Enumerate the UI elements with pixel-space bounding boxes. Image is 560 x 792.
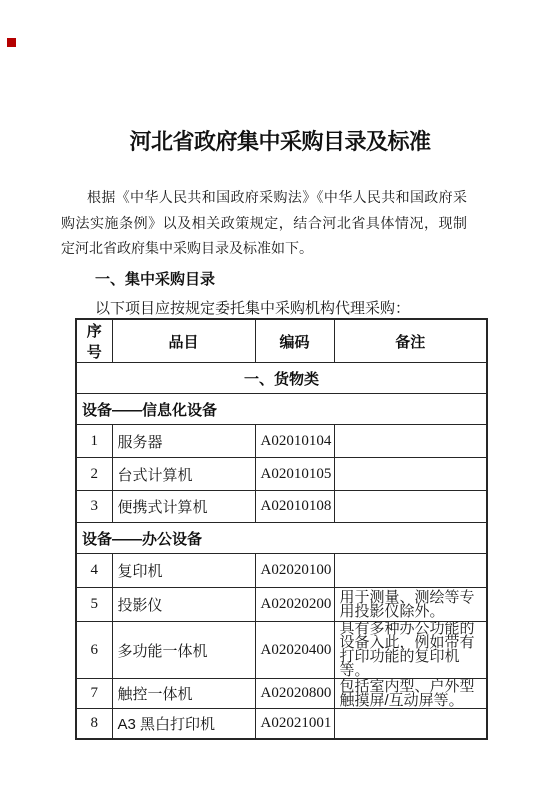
table-row: 3 便携式计算机 A02010108	[76, 491, 487, 523]
section-label: 设备——信息化设备	[76, 394, 487, 425]
section-heading: 一、集中采购目录	[95, 268, 215, 289]
document-title: 河北省政府集中采购目录及标准	[0, 125, 560, 156]
cell-no: 5	[76, 588, 112, 622]
table-row: 2 台式计算机 A02010105	[76, 458, 487, 491]
category-row: 一、货物类	[76, 363, 487, 394]
cell-no: 8	[76, 709, 112, 739]
table-header-row: 序号 品目 编码 备注	[76, 319, 487, 363]
red-marker-icon	[7, 38, 16, 47]
paragraph-line-3: 定河北省政府集中采购目录及标准如下。	[61, 236, 467, 262]
cell-code: A02021001	[255, 709, 334, 739]
cell-note	[334, 491, 487, 523]
cell-code: A02010105	[255, 458, 334, 491]
table-row: 1 服务器 A02010104	[76, 425, 487, 458]
cell-note	[334, 425, 487, 458]
document-page: 河北省政府集中采购目录及标准 根据《中华人民共和国政府采购法》《中华人民共和国政…	[0, 0, 560, 792]
table-row: 6 多功能一体机 A02020400 具有多种办公功能的设备入此，例如带有打印功…	[76, 622, 487, 679]
cell-item: 便携式计算机	[112, 491, 255, 523]
cell-no: 6	[76, 622, 112, 679]
cell-item: 台式计算机	[112, 458, 255, 491]
table-row: 8 A3 黑白打印机 A02021001	[76, 709, 487, 739]
section-label: 设备——办公设备	[76, 523, 487, 554]
cell-note: 包括室内型、户外型触摸屏/互动屏等。	[334, 679, 487, 709]
table-row: 5 投影仪 A02020200 用于测量、测绘等专用投影仪除外。	[76, 588, 487, 622]
cell-no: 4	[76, 554, 112, 588]
cell-code: A02020100	[255, 554, 334, 588]
cell-code: A02010104	[255, 425, 334, 458]
cell-no: 3	[76, 491, 112, 523]
intro-paragraph: 根据《中华人民共和国政府采购法》《中华人民共和国政府采 购法实施条例》以及相关政…	[61, 185, 467, 262]
cell-note	[334, 709, 487, 739]
cell-note	[334, 554, 487, 588]
paragraph-line-2: 购法实施条例》以及相关政策规定，结合河北省具体情况，现制	[61, 211, 467, 237]
cell-code: A02020200	[255, 588, 334, 622]
cell-note: 用于测量、测绘等专用投影仪除外。	[334, 588, 487, 622]
cell-note	[334, 458, 487, 491]
header-cell-no: 序号	[76, 319, 112, 363]
cell-item: A3 黑白打印机	[112, 709, 255, 739]
cell-code: A02010108	[255, 491, 334, 523]
cell-no: 1	[76, 425, 112, 458]
table-intro-line: 以下项目应按规定委托集中采购机构代理采购：	[95, 297, 410, 318]
cell-item: 复印机	[112, 554, 255, 588]
cell-note: 具有多种办公功能的设备入此，例如带有打印功能的复印机等。	[334, 622, 487, 679]
category-label: 一、货物类	[76, 363, 487, 394]
cell-item: 服务器	[112, 425, 255, 458]
table-row: 4 复印机 A02020100	[76, 554, 487, 588]
section-row: 设备——办公设备	[76, 523, 487, 554]
cell-item: 投影仪	[112, 588, 255, 622]
cell-item: 多功能一体机	[112, 622, 255, 679]
procurement-catalog-table: 序号 品目 编码 备注 一、货物类 设备——信息化设备 1 服务器 A02010…	[75, 318, 488, 740]
header-cell-code: 编码	[255, 319, 334, 363]
cell-no: 7	[76, 679, 112, 709]
cell-code: A02020400	[255, 622, 334, 679]
cell-no: 2	[76, 458, 112, 491]
cell-code: A02020800	[255, 679, 334, 709]
header-cell-note: 备注	[334, 319, 487, 363]
paragraph-line-1: 根据《中华人民共和国政府采购法》《中华人民共和国政府采	[61, 185, 467, 211]
table-row: 7 触控一体机 A02020800 包括室内型、户外型触摸屏/互动屏等。	[76, 679, 487, 709]
section-row: 设备——信息化设备	[76, 394, 487, 425]
cell-item: 触控一体机	[112, 679, 255, 709]
header-cell-item: 品目	[112, 319, 255, 363]
